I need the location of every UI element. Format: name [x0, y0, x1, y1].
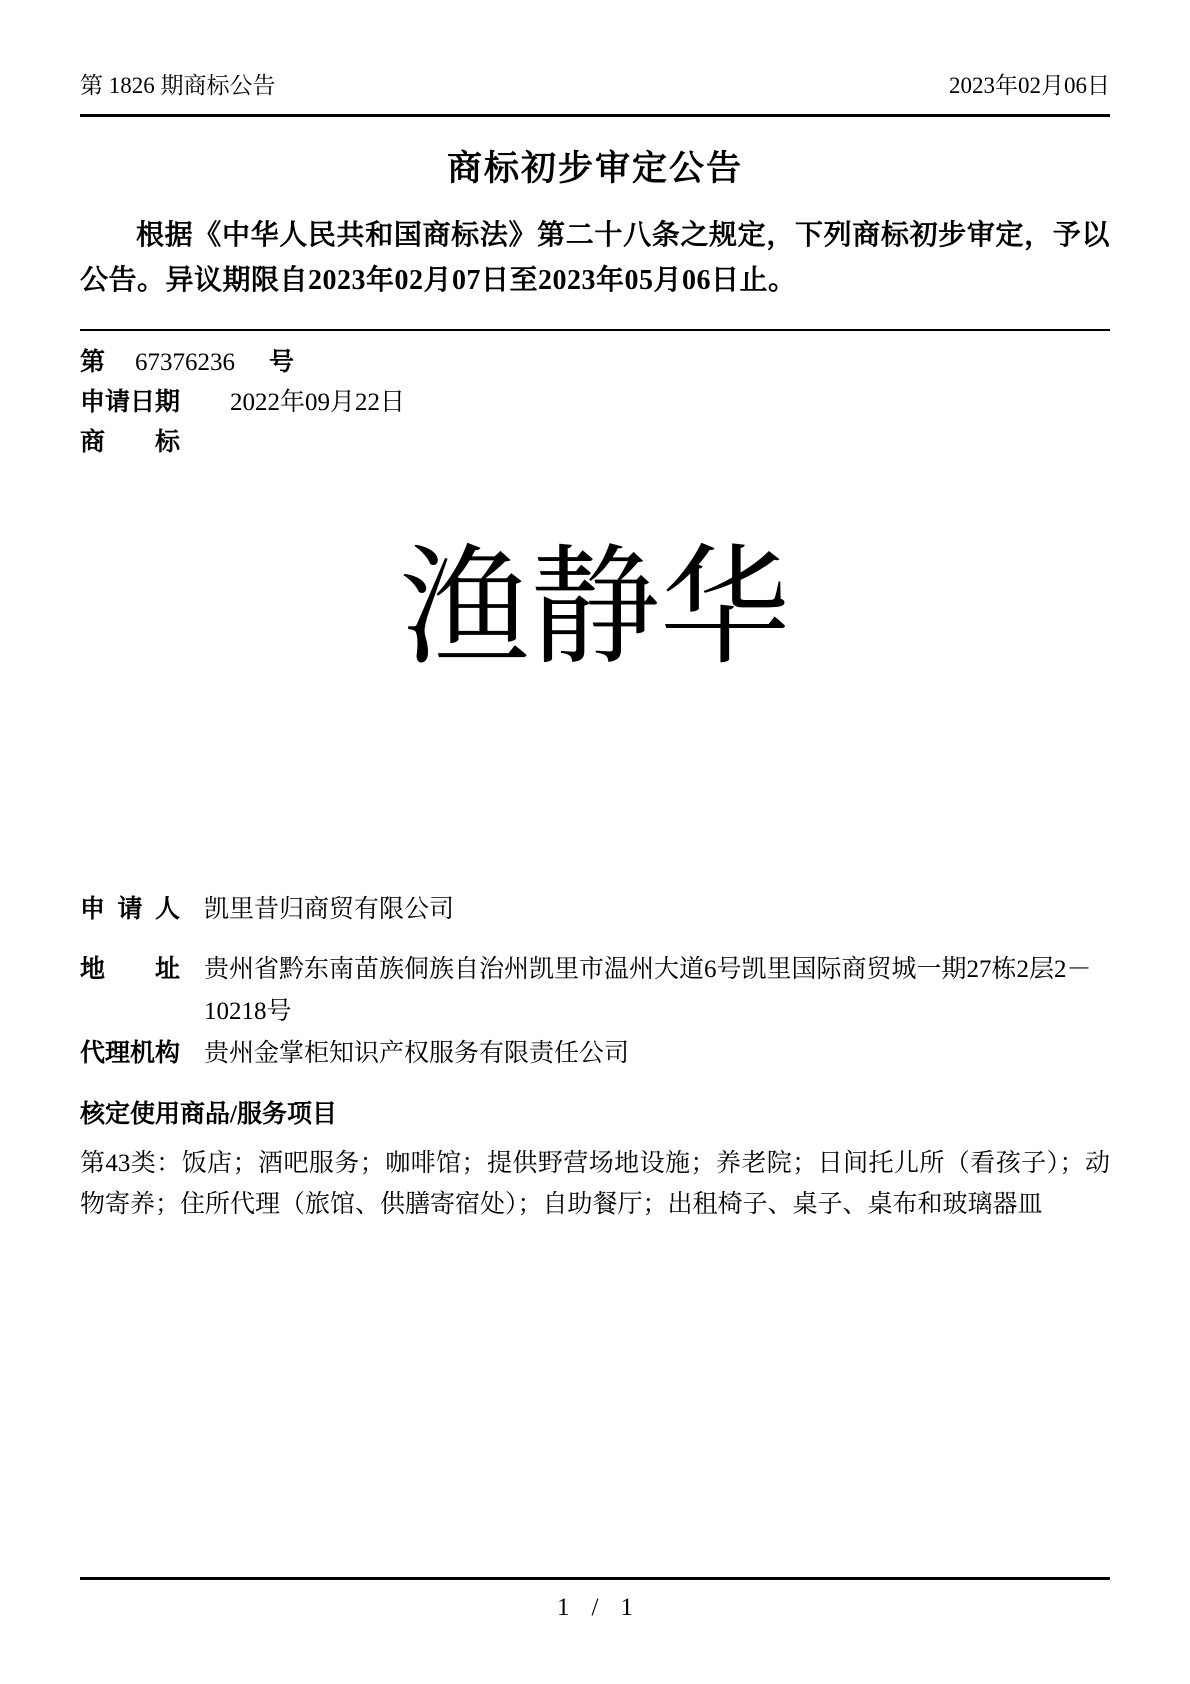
page-header: 第 1826 期商标公告 2023年02月06日 — [80, 0, 1110, 117]
agent-label: 代理机构 — [80, 1033, 180, 1075]
trademark-text: 渔静华 — [400, 537, 790, 681]
record-divider — [80, 329, 1110, 331]
gazette-date: 2023年02月06日 — [949, 72, 1110, 100]
agent-row: 代理机构 贵州金掌柜知识产权服务有限责任公司 — [80, 1033, 1110, 1075]
applicant-info: 申请人 凯里昔归商贸有限公司 地址 贵州省黔东南苗族侗族自治州凯里市温州大道6号… — [80, 889, 1110, 1075]
registration-number: 67376236 — [135, 349, 235, 376]
trademark-label-row: 商标 — [80, 423, 1110, 463]
document-title: 商标初步审定公告 — [80, 141, 1110, 191]
address-label: 地址 — [80, 949, 180, 991]
goods-services-text: 第43类：饭店；酒吧服务；咖啡馆；提供野营场地设施；养老院；日间托儿所（看孩子）… — [80, 1143, 1110, 1225]
registration-number-prefix: 第 — [80, 349, 105, 376]
page-separator: / — [592, 1594, 599, 1622]
application-date-label: 申请日期 — [80, 383, 180, 423]
record-fields: 第67376236号 申请日期2022年09月22日 商标 — [80, 343, 1110, 463]
address-row: 地址 贵州省黔东南苗族侗族自治州凯里市温州大道6号凯里国际商贸城一期27栋2层2… — [80, 949, 1110, 1033]
applicant-name: 凯里昔归商贸有限公司 — [204, 889, 454, 931]
gazette-issue-label: 第 1826 期商标公告 — [80, 72, 276, 100]
page-footer: 1/1 — [80, 1577, 1110, 1622]
agent-name: 贵州金掌柜知识产权服务有限责任公司 — [204, 1033, 629, 1075]
trademark-display-area: 渔静华 — [80, 463, 1110, 875]
trademark-label: 商标 — [80, 423, 180, 463]
registration-number-suffix: 号 — [269, 349, 294, 376]
application-date-row: 申请日期2022年09月22日 — [80, 383, 1110, 423]
application-date-value: 2022年09月22日 — [230, 389, 405, 416]
goods-services-heading: 核定使用商品/服务项目 — [80, 1097, 1110, 1133]
applicant-label: 申请人 — [80, 889, 180, 931]
current-page-number: 1 — [557, 1594, 570, 1622]
applicant-row: 申请人 凯里昔归商贸有限公司 — [80, 889, 1110, 931]
intro-paragraph: 根据《中华人民共和国商标法》第二十八条之规定，下列商标初步审定，予以公告。异议期… — [80, 213, 1110, 303]
registration-number-row: 第67376236号 — [80, 343, 1110, 383]
gazette-page: 第 1826 期商标公告 2023年02月06日 商标初步审定公告 根据《中华人… — [0, 0, 1190, 1684]
total-page-number: 1 — [620, 1594, 633, 1622]
address-value: 贵州省黔东南苗族侗族自治州凯里市温州大道6号凯里国际商贸城一期27栋2层2－10… — [204, 949, 1110, 1033]
